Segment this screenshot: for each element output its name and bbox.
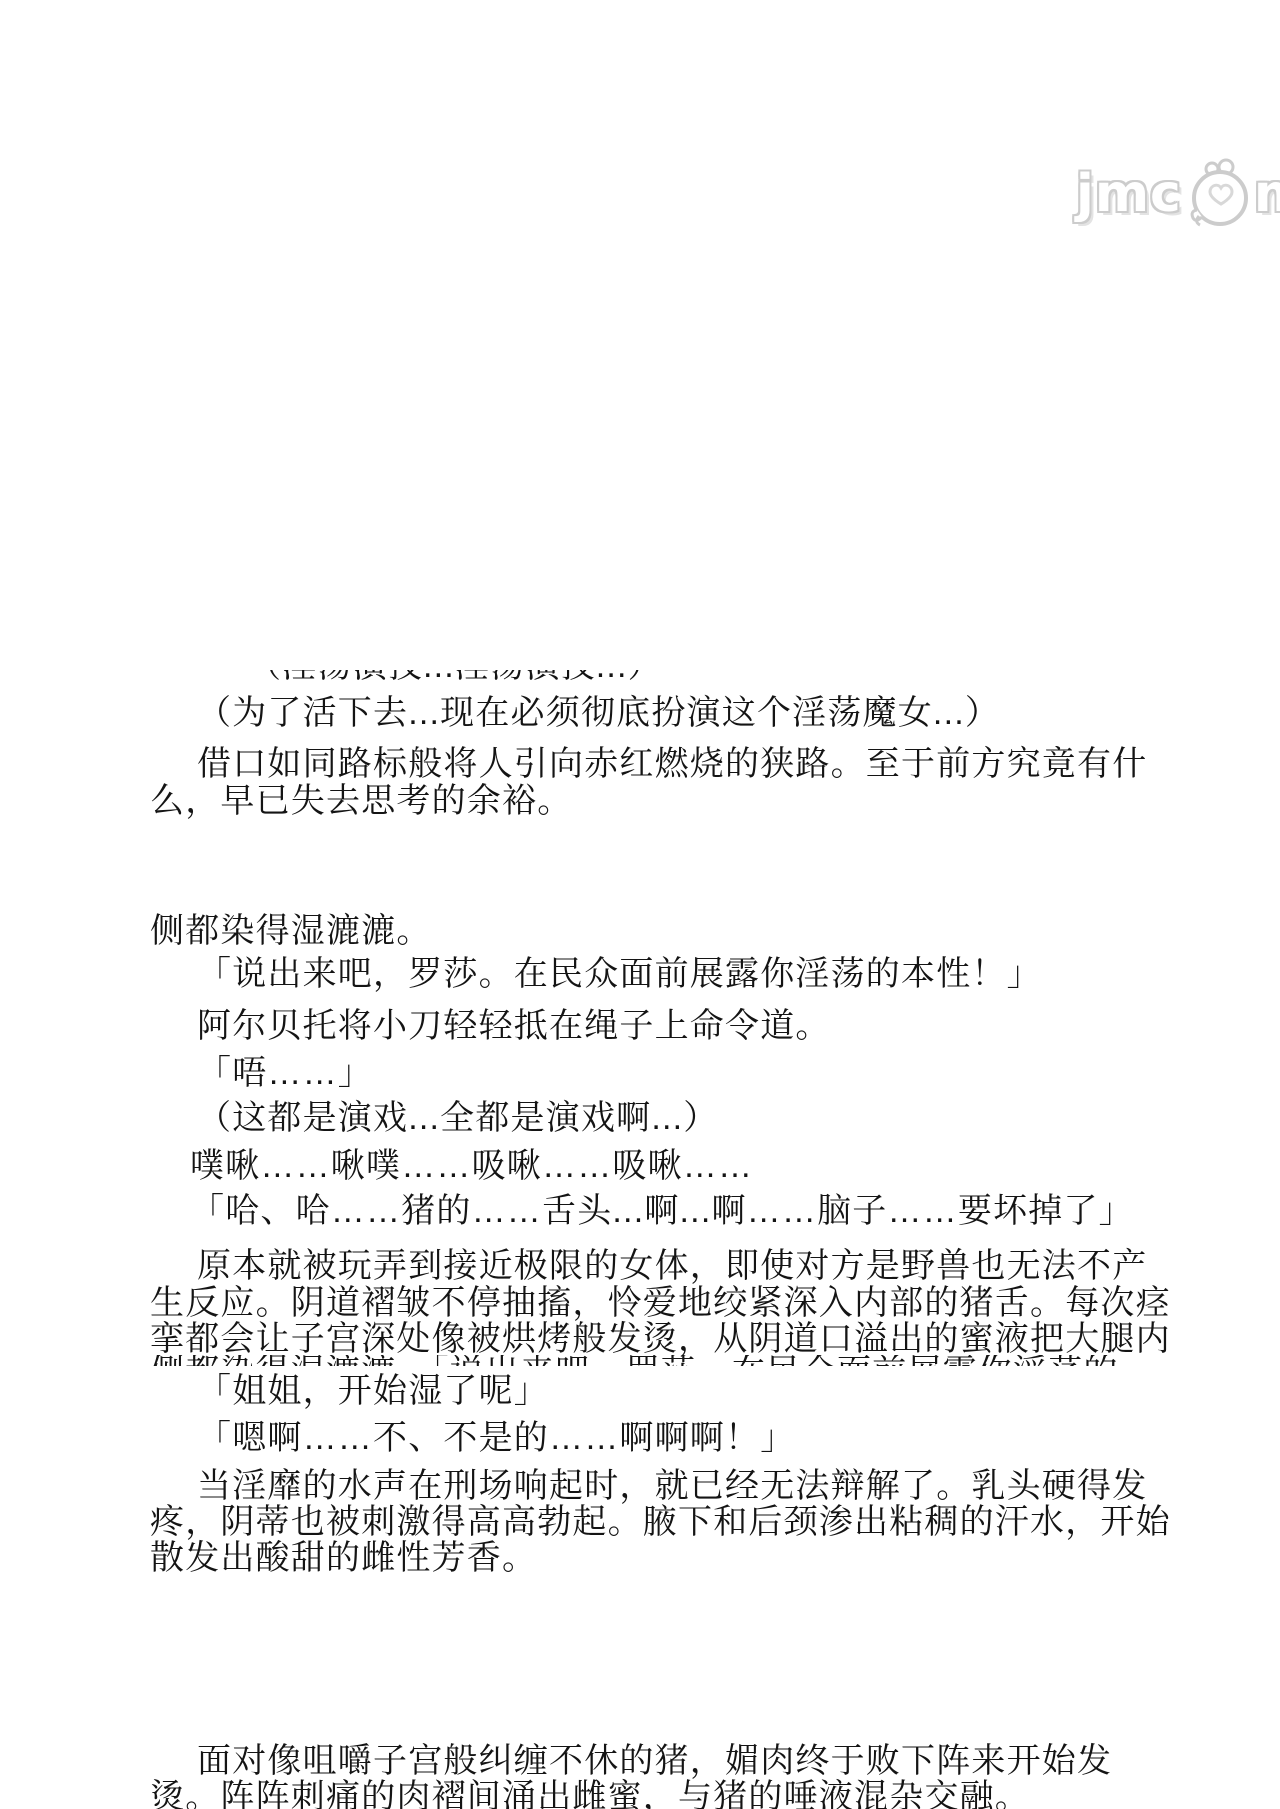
text-line: 借口如同路标般将人引向赤红燃烧的狭路。至于前方究竟有什: [197, 746, 1147, 782]
text-line: 侧都染得湿漉漉。「说出来吧，罗莎。在民众面前展露你淫荡的: [150, 1355, 1150, 1366]
text-line: 侧都染得湿漉漉。: [150, 913, 432, 949]
text-line: 么，早已失去思考的余裕。: [150, 783, 572, 819]
text-line: （淫荡演技...淫荡演技...）: [247, 670, 1007, 682]
text-line: 疼，阴蒂也被刺激得高高勃起。腋下和后颈渗出粘稠的汗水，开始: [150, 1504, 1171, 1540]
text-line: 散发出酸甜的雌性芳香。: [150, 1540, 537, 1576]
text-line: 当淫靡的水声在刑场响起时，就已经无法辩解了。乳头硬得发: [197, 1468, 1147, 1504]
clipped-text-row-top: （淫荡演技...淫荡演技...）: [247, 670, 1007, 682]
text-line: 阿尔贝托将小刀轻轻抵在绳子上命令道。: [197, 1008, 831, 1044]
text-line: 生反应。阴道褶皱不停抽搐，怜爱地绞紧深入内部的猪舌。每次痉: [150, 1285, 1171, 1321]
text-line: 烫。阵阵刺痛的肉褶间涌出雌蜜，与猪的唾液混杂交融。: [150, 1779, 1030, 1809]
text-line: 面对像咀嚼子宫般纠缠不休的猪，媚肉终于败下阵来开始发: [197, 1743, 1112, 1779]
jmcomic-logo: jmc mic: [1076, 158, 1280, 230]
text-line: 原本就被玩弄到接近极限的女体，即使对方是野兽也无法不产: [197, 1248, 1147, 1284]
text-line: 「姐姐，开始湿了呢」: [197, 1373, 549, 1409]
text-line: 「哈、哈……猪的……舌头...啊...啊……脑子……要坏掉了」: [190, 1193, 1134, 1229]
text-line: 「唔……」: [197, 1055, 373, 1091]
reader-page: jmc mic （淫荡演技...淫荡演技...） （为了活下去...现在必须彻底…: [0, 0, 1280, 1809]
text-line: （这都是演戏...全都是演戏啊...）: [197, 1100, 718, 1136]
text-line: 挛都会让子宫深处像被烘烤般发烫，从阴道口溢出的蜜液把大腿内: [150, 1321, 1171, 1357]
text-line: 噗啾……啾噗……吸啾……吸啾……: [190, 1148, 753, 1184]
logo-text-left: jmc: [1076, 164, 1182, 224]
clipped-text-row-middle: 侧都染得湿漉漉。「说出来吧，罗莎。在民众面前展露你淫荡的: [150, 1355, 1150, 1366]
bird-mascot-icon: [1185, 158, 1251, 230]
logo-text-right: mic: [1254, 164, 1280, 224]
text-line: 「说出来吧，罗莎。在民众面前展露你淫荡的本性！」: [197, 956, 1042, 992]
text-line: （为了活下去...现在必须彻底扮演这个淫荡魔女...）: [197, 695, 1000, 731]
text-line: 「嗯啊……不、不是的……啊啊啊！」: [197, 1420, 795, 1456]
